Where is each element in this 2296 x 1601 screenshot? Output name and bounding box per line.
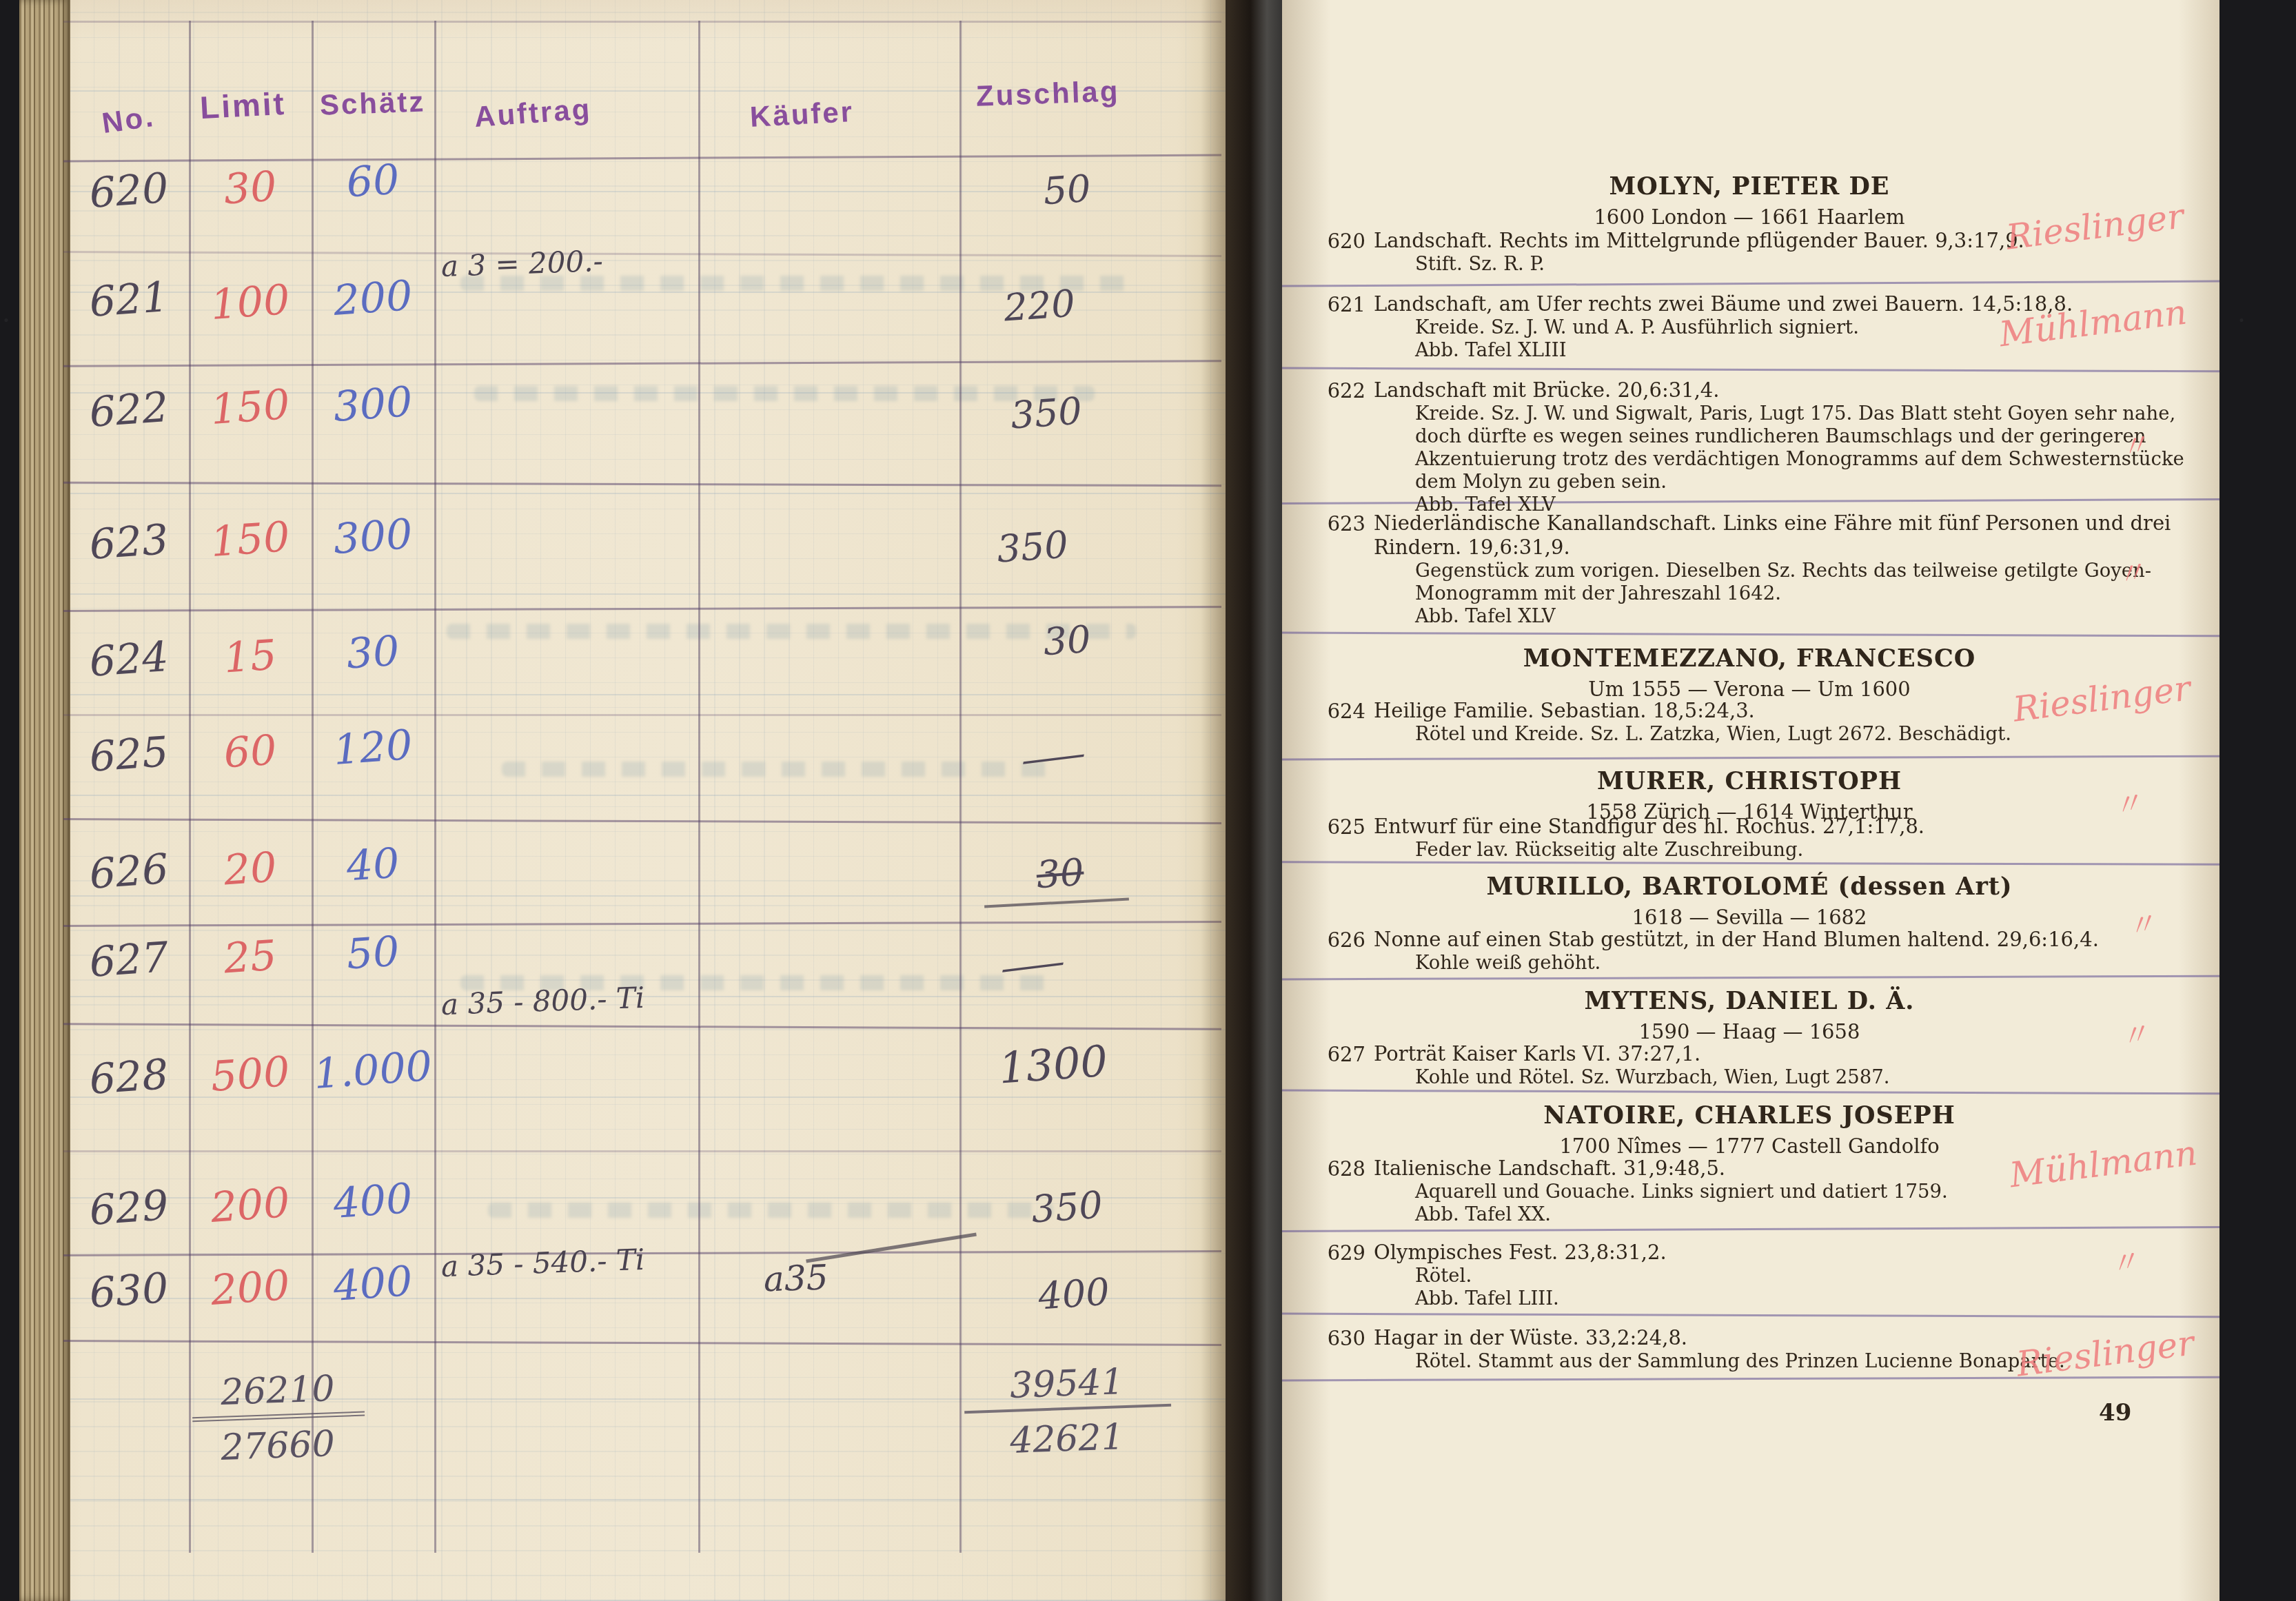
lot-number: 621 xyxy=(1313,293,1365,317)
lot-detail: Rötel und Kreide. Sz. L. Zatzka, Wien, L… xyxy=(1415,723,2186,746)
lot-title: Landschaft, am Ufer rechts zwei Bäume un… xyxy=(1374,292,2073,316)
row-line xyxy=(63,1150,1221,1152)
lot-title: Hagar in der Wüste. 33,2:24,8. xyxy=(1374,1326,1687,1349)
zuschlag-value: 30 xyxy=(969,612,1165,669)
lot-number: 624 xyxy=(1313,700,1365,724)
zuschlag-value: 30 xyxy=(962,845,1158,901)
lot-number: 630 xyxy=(1313,1327,1365,1351)
artist-dates: 1590 — Haag — 1658 xyxy=(1313,1020,2186,1043)
row-line xyxy=(63,606,1221,612)
lot-title: Landschaft mit Brücke. 20,6:31,4. xyxy=(1374,378,1720,402)
lot-detail: Kohle weiß gehöht. xyxy=(1415,952,2186,975)
zuschlag-value: — xyxy=(878,714,1226,799)
zuschlag-total-1: 39541 xyxy=(963,1360,1171,1414)
row-line xyxy=(63,818,1221,824)
limit-value: 15 xyxy=(187,629,313,685)
no-value: 630 xyxy=(68,1263,190,1319)
separator-rule xyxy=(1282,632,2219,638)
zuschlag-value: — xyxy=(857,922,1208,1008)
separator-rule xyxy=(1282,1226,2219,1232)
no-value: 626 xyxy=(68,844,190,900)
header-schaetz: Schätz xyxy=(319,85,426,121)
artist-name: MONTEMEZZANO, FRANCESCO xyxy=(1313,644,2186,673)
lot-entry: 625 Entwurf für eine Standfigur des hl. … xyxy=(1313,815,2186,861)
column-line xyxy=(698,21,700,1553)
lot-detail: Kohle und Rötel. Sz. Wurzbach, Wien, Lug… xyxy=(1415,1066,2186,1089)
no-value: 629 xyxy=(68,1180,190,1236)
zuschlag-value: 400 xyxy=(976,1265,1172,1322)
lot-detail: Stift. Sz. R. P. xyxy=(1415,253,2186,276)
lot-detail: Abb. Tafel LIII. xyxy=(1415,1287,2186,1310)
limit-value: 500 xyxy=(187,1046,313,1103)
limit-total-2: 27660 xyxy=(191,1422,365,1470)
column-line xyxy=(312,21,314,1553)
lot-title: Landschaft. Rechts im Mittelgrunde pflüg… xyxy=(1374,229,2024,252)
artist-section-header: MURILLO, BARTOLOMÉ (dessen Art) 1618 — S… xyxy=(1313,873,2186,929)
no-value: 628 xyxy=(68,1049,190,1105)
lot-number: 623 xyxy=(1313,512,1365,536)
lot-title: Olympisches Fest. 23,8:31,2. xyxy=(1374,1241,1667,1264)
zuschlag-value: 1300 xyxy=(948,1032,1158,1097)
lot-entry: 629 Olympisches Fest. 23,8:31,2. Rötel. … xyxy=(1313,1241,2186,1310)
schaetz-value: 50 xyxy=(310,925,436,981)
limit-value: 200 xyxy=(187,1177,313,1234)
limit-value: 150 xyxy=(187,379,313,436)
row-line xyxy=(63,714,1221,716)
lot-entry: 626 Nonne auf einen Stab gestützt, in de… xyxy=(1313,928,2186,975)
separator-rule xyxy=(1282,755,2219,761)
lot-entry: 623 Niederländische Kanallandschaft. Lin… xyxy=(1313,511,2186,628)
lot-detail: Abb. Tafel XX. xyxy=(1415,1203,2186,1226)
lot-number: 628 xyxy=(1313,1157,1365,1181)
lot-title: Nonne auf einen Stab gestützt, in der Ha… xyxy=(1374,928,2099,951)
schaetz-value: 30 xyxy=(310,624,436,681)
schaetz-value: 400 xyxy=(310,1256,436,1312)
row-line xyxy=(63,482,1221,487)
limit-value: 100 xyxy=(187,274,313,331)
lot-title: Italienische Landschaft. 31,9:48,5. xyxy=(1374,1156,1725,1180)
artist-name: MYTENS, DANIEL D. Ä. xyxy=(1313,987,2186,1015)
lot-number: 625 xyxy=(1313,815,1365,839)
schaetz-value: 400 xyxy=(310,1173,436,1230)
no-value: 627 xyxy=(68,932,190,988)
artist-name: MOLYN, PIETER DE xyxy=(1313,172,2186,201)
no-value: 622 xyxy=(68,382,190,438)
lot-number: 622 xyxy=(1313,379,1365,403)
lot-detail: Abb. Tafel XLV xyxy=(1415,605,2186,628)
header-limit: Limit xyxy=(199,85,287,126)
catalog-page: MOLYN, PIETER DE 1600 London — 1661 Haar… xyxy=(1282,0,2219,1601)
lot-title: Porträt Kaiser Karls VI. 37:27,1. xyxy=(1374,1042,1700,1065)
column-line xyxy=(189,21,191,1553)
header-auftrag: Auftrag xyxy=(474,92,593,134)
zuschlag-value: 350 xyxy=(935,518,1130,575)
zuschlag-value: 50 xyxy=(969,161,1165,218)
separator-rule xyxy=(1282,1313,2219,1318)
ledger-page: No. Limit Schätz Auftrag Käufer Zuschlag… xyxy=(19,0,1226,1601)
lot-title: Heilige Familie. Sebastian. 18,5:24,3. xyxy=(1374,699,1755,722)
pencil-stroke xyxy=(984,898,1129,908)
lot-detail: Gegenstück zum vorigen. Dieselben Sz. Re… xyxy=(1415,560,2186,605)
auftrag-note: a 35 - 800.- Ti xyxy=(440,981,645,1021)
schaetz-value: 60 xyxy=(310,153,436,210)
bleed-through xyxy=(488,1203,1053,1218)
book-edge-right xyxy=(2218,0,2296,1601)
auftrag-note: a 35 - 540.- Ti xyxy=(440,1243,645,1283)
row-line xyxy=(63,1023,1221,1030)
schaetz-value: 40 xyxy=(310,837,436,893)
row-line xyxy=(63,154,1221,163)
schaetz-value: 120 xyxy=(310,720,436,776)
lot-title: Entwurf für eine Standfigur des hl. Roch… xyxy=(1374,815,1924,838)
page-number: 49 xyxy=(2099,1399,2131,1427)
header-zuschlag: Zuschlag xyxy=(975,74,1120,112)
lot-number: 627 xyxy=(1313,1043,1365,1067)
lot-detail: Kreide. Sz. J. W. und Sigwalt, Paris, Lu… xyxy=(1415,402,2186,493)
lot-number: 626 xyxy=(1313,928,1365,952)
lot-entry: 622 Landschaft mit Brücke. 20,6:31,4. Kr… xyxy=(1313,378,2186,516)
lot-number: 620 xyxy=(1313,230,1365,254)
limit-value: 200 xyxy=(187,1260,313,1316)
kaeufer-note: a35 xyxy=(763,1257,829,1299)
lot-detail: Feder lav. Rückseitig alte Zuschreibung. xyxy=(1415,839,2186,861)
schaetz-value: 300 xyxy=(310,376,436,433)
no-value: 625 xyxy=(68,726,190,783)
lot-number: 629 xyxy=(1313,1241,1365,1265)
separator-rule xyxy=(1282,1090,2219,1095)
header-no: No. xyxy=(100,100,157,140)
row-line xyxy=(63,360,1221,367)
page-stack-edge xyxy=(19,0,70,1601)
separator-rule xyxy=(1282,367,2219,373)
artist-name: MURER, CHRISTOPH xyxy=(1313,767,2186,795)
row-line xyxy=(63,921,1221,927)
schaetz-value: 1.000 xyxy=(310,1042,436,1099)
column-line xyxy=(434,21,436,1553)
catalog-scan-spread: No. Limit Schätz Auftrag Käufer Zuschlag… xyxy=(0,0,2296,1601)
zuschlag-value: 350 xyxy=(969,1179,1165,1235)
limit-value: 150 xyxy=(187,511,313,568)
lot-detail: Rötel. xyxy=(1415,1265,2186,1287)
separator-rule xyxy=(1282,861,2219,866)
limit-value: 60 xyxy=(187,724,313,780)
row-line xyxy=(63,251,1221,257)
schaetz-value: 200 xyxy=(310,270,436,327)
header-kaeufer: Käufer xyxy=(749,95,855,134)
no-value: 623 xyxy=(68,514,190,571)
limit-value: 20 xyxy=(187,841,313,897)
no-value: 620 xyxy=(68,163,190,219)
no-value: 624 xyxy=(68,631,190,688)
artist-dates: 1618 — Sevilla — 1682 xyxy=(1313,906,2186,929)
pencil-stroke xyxy=(806,1232,977,1263)
row-line xyxy=(63,1340,1221,1346)
schaetz-value: 300 xyxy=(310,509,436,565)
separator-rule xyxy=(1282,975,2219,981)
lot-entry: 627 Porträt Kaiser Karls VI. 37:27,1. Ko… xyxy=(1313,1042,2186,1089)
no-value: 621 xyxy=(68,272,190,328)
artist-section-header: MYTENS, DANIEL D. Ä. 1590 — Haag — 1658 xyxy=(1313,987,2186,1043)
artist-name: MURILLO, BARTOLOMÉ (dessen Art) xyxy=(1313,873,2186,901)
row-line xyxy=(63,21,1221,23)
artist-name: NATOIRE, CHARLES JOSEPH xyxy=(1313,1101,2186,1130)
book-edge-left xyxy=(0,0,21,1601)
zuschlag-total-2: 42621 xyxy=(963,1415,1171,1463)
lot-title: Niederländische Kanallandschaft. Links e… xyxy=(1374,511,2171,559)
separator-rule xyxy=(1282,280,2219,287)
auftrag-note: a 3 = 200.- xyxy=(440,244,603,283)
limit-total-1: 26210 xyxy=(191,1367,365,1422)
limit-value: 30 xyxy=(187,160,313,216)
limit-value: 25 xyxy=(187,929,313,986)
